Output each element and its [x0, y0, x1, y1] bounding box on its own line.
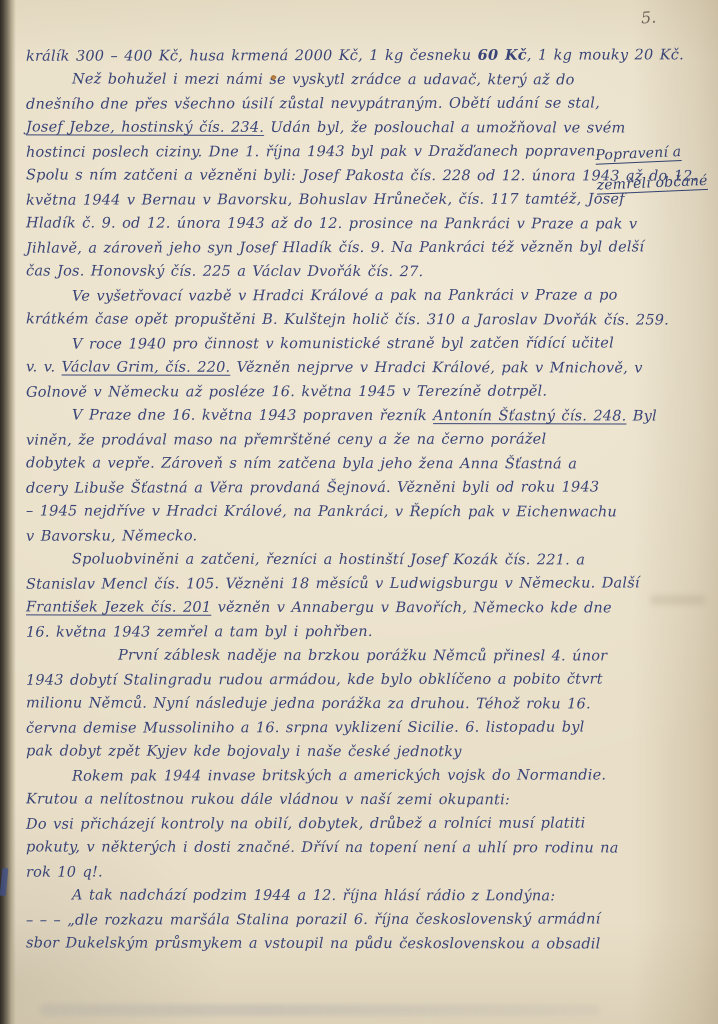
text-segment: Než bohužel i mezi námi se vyskytl zrádc…: [72, 72, 575, 89]
text-segment: Do vsi přicházejí kontroly na obilí, dob…: [26, 816, 586, 833]
page-number: 5.: [640, 7, 657, 27]
text-line: dnešního dne přes všechno úsilí zůstal n…: [26, 91, 690, 116]
underlined-name: Antonín Šťastný čís. 248.: [433, 408, 626, 424]
underlined-name: František Jezek čís. 201: [26, 599, 211, 615]
text-segment: – – – „dle rozkazu maršála Stalina poraz…: [26, 911, 600, 928]
underlined-name: Josef Jebze, hostinský čís. 234.: [26, 119, 264, 135]
text-line: dobytek a vepře. Zároveň s ním zatčena b…: [26, 451, 690, 476]
text-line: 1943 dobytí Stalingradu rudou armádou, k…: [26, 667, 690, 692]
text-segment: krátkém čase opět propuštěni B. Kulštejn…: [26, 311, 669, 328]
margin-note-line: zemřelí občané: [596, 165, 718, 200]
text-line: Rokem pak 1944 invase britských a americ…: [26, 763, 690, 788]
underlined-name: Václav Grim, čís. 220.: [62, 359, 231, 375]
text-segment: května 1944 v Bernau v Bavorsku, Bohusla…: [26, 191, 625, 208]
text-line: Krutou a nelítostnou rukou dále vládnou …: [26, 787, 690, 812]
text-segment: Rokem pak 1944 invase britských a americ…: [72, 767, 606, 784]
text-line: pak dobyt zpět Kyjev kde bojovaly i naše…: [26, 739, 690, 764]
text-line: Do vsi přicházejí kontroly na obilí, dob…: [26, 811, 690, 836]
text-segment: Stanislav Mencl čís. 105. Vězněni 18 měs…: [26, 575, 640, 592]
text-segment: 16. května 1943 zemřel a tam byl i pohřb…: [26, 624, 373, 641]
text-line: Spoluobviněni a zatčeni, řezníci a hosti…: [26, 547, 690, 572]
text-line: v Bavorsku, Německo.: [26, 523, 690, 548]
text-segment: sbor Dukelským průsmykem a vstoupil na p…: [26, 935, 601, 952]
text-segment: milionu Němců. Nyní následuje jedna porá…: [26, 695, 591, 712]
text-body: králík 300 – 400 Kč, husa krmená 2000 Kč…: [26, 44, 690, 956]
text-segment: V Praze dne 16. května 1943 popraven řez…: [72, 408, 433, 425]
text-segment: Spoluobviněni a zatčeni, řezníci a hosti…: [72, 552, 585, 569]
text-segment: pokuty, v některých i dosti značné. Dřív…: [26, 839, 619, 856]
text-segment: června demise Mussoliniho a 16. srpna vy…: [26, 720, 584, 737]
text-line: – 1945 nejdříve v Hradci Králové, na Pan…: [26, 499, 690, 524]
text-segment: – 1945 nejdříve v Hradci Králové, na Pan…: [26, 503, 617, 520]
text-segment: králík 300 – 400 Kč, husa krmená 2000 Kč…: [26, 48, 478, 65]
text-segment: Hladík č. 9. od 12. února 1943 až do 12.…: [26, 215, 637, 232]
text-segment: V roce 1940 pro činnost v komunistické s…: [72, 335, 614, 352]
text-line: hostinci poslech ciziny. Dne 1. října 19…: [26, 139, 690, 164]
text-line: čas Jos. Honovský čís. 225 a Václav Dvoř…: [26, 259, 690, 284]
text-segment: Ve vyšetřovací vazbě v Hradci Králové a …: [72, 287, 618, 304]
margin-note: Popravení a zemřelí občané: [595, 135, 718, 200]
text-line: Josef Jebze, hostinský čís. 234. Udán by…: [26, 115, 690, 140]
text-segment: v. v.: [26, 359, 62, 375]
text-segment: 1943 dobytí Stalingradu rudou armádou, k…: [26, 671, 603, 688]
text-line: V Praze dne 16. května 1943 popraven řez…: [26, 403, 690, 428]
text-segment: hostinci poslech ciziny. Dne 1. října 19…: [26, 143, 600, 160]
text-line: června demise Mussoliniho a 16. srpna vy…: [26, 715, 690, 740]
text-segment: vězněn v Annabergu v Bavořích, Německo k…: [211, 600, 612, 617]
text-line: milionu Němců. Nyní následuje jedna porá…: [26, 691, 690, 716]
text-segment: A tak nadchází podzim 1944 a 12. října h…: [72, 888, 555, 905]
text-line: dcery Libuše Šťastná a Věra provdaná Šej…: [26, 475, 690, 500]
text-line: V roce 1940 pro činnost v komunistické s…: [26, 331, 690, 356]
text-line: rok 10 q!.: [26, 859, 690, 884]
text-segment: První záblesk naděje na brzkou porážku N…: [118, 648, 607, 665]
text-line: A tak nadchází podzim 1944 a 12. října h…: [26, 883, 690, 908]
text-segment: Byl: [626, 408, 656, 424]
text-line: viněn, že prodával maso na přemrštěné ce…: [26, 427, 690, 452]
text-line: Jihlavě, a zároveň jeho syn Josef Hladík…: [26, 235, 690, 260]
text-segment: Jihlavě, a zároveň jeho syn Josef Hladík…: [26, 239, 644, 256]
text-segment: v Bavorsku, Německo.: [26, 528, 197, 544]
text-segment: , 1 kg mouky 20 Kč.: [527, 47, 684, 63]
text-line: Ve vyšetřovací vazbě v Hradci Králové a …: [26, 283, 690, 308]
text-line: Stanislav Mencl čís. 105. Vězněni 18 měs…: [26, 571, 690, 596]
text-segment: Krutou a nelítostnou rukou dále vládnou …: [26, 791, 510, 808]
text-line: První záblesk naděje na brzkou porážku N…: [26, 643, 690, 668]
bleedthrough-smudge: [40, 1004, 600, 1016]
text-line: – – – „dle rozkazu maršála Stalina poraz…: [26, 907, 690, 932]
text-segment: Golnově v Německu až posléze 16. května …: [26, 384, 547, 401]
text-line: králík 300 – 400 Kč, husa krmená 2000 Kč…: [26, 43, 690, 68]
text-segment: Udán byl, že poslouchal a umožňoval ve s…: [264, 120, 625, 137]
text-line: Hladík č. 9. od 12. února 1943 až do 12.…: [26, 211, 690, 236]
text-line: 16. května 1943 zemřel a tam byl i pohřb…: [26, 619, 690, 644]
text-segment: dcery Libuše Šťastná a Věra provdaná Šej…: [26, 479, 599, 496]
text-line: sbor Dukelským průsmykem a vstoupil na p…: [26, 931, 690, 956]
text-line: v. v. Václav Grim, čís. 220. Vězněn nejp…: [26, 355, 690, 380]
text-segment: pak dobyt zpět Kyjev kde bojovaly i naše…: [26, 743, 462, 760]
text-segment: dnešního dne přes všechno úsilí zůstal n…: [26, 95, 600, 112]
text-line: pokuty, v některých i dosti značné. Dřív…: [26, 835, 690, 860]
text-line: Golnově v Německu až posléze 16. května …: [26, 379, 690, 404]
text-segment: dobytek a vepře. Zároveň s ním zatčena b…: [26, 455, 577, 472]
document-page: 5. králík 300 – 400 Kč, husa krmená 2000…: [0, 0, 718, 1024]
text-line: Než bohužel i mezi námi se vyskytl zrádc…: [26, 67, 690, 92]
text-segment: viněn, že prodával maso na přemrštěné ce…: [26, 432, 546, 449]
text-segment: čas Jos. Honovský čís. 225 a Václav Dvoř…: [26, 263, 423, 280]
text-line: krátkém čase opět propuštěni B. Kulštejn…: [26, 307, 690, 332]
text-segment: rok 10 q!.: [26, 865, 103, 881]
text-line: května 1944 v Bernau v Bavorsku, Bohusla…: [26, 187, 690, 212]
text-line: František Jezek čís. 201 vězněn v Annabe…: [26, 595, 690, 620]
text-line: Spolu s ním zatčeni a vězněni byli: Jose…: [26, 163, 690, 188]
text-segment: 60 Kč: [478, 47, 527, 64]
bleedthrough-smudge: [650, 595, 705, 605]
text-segment: Vězněn nejprve v Hradci Králové, pak v M…: [230, 360, 642, 377]
ink-speck: [271, 75, 276, 80]
